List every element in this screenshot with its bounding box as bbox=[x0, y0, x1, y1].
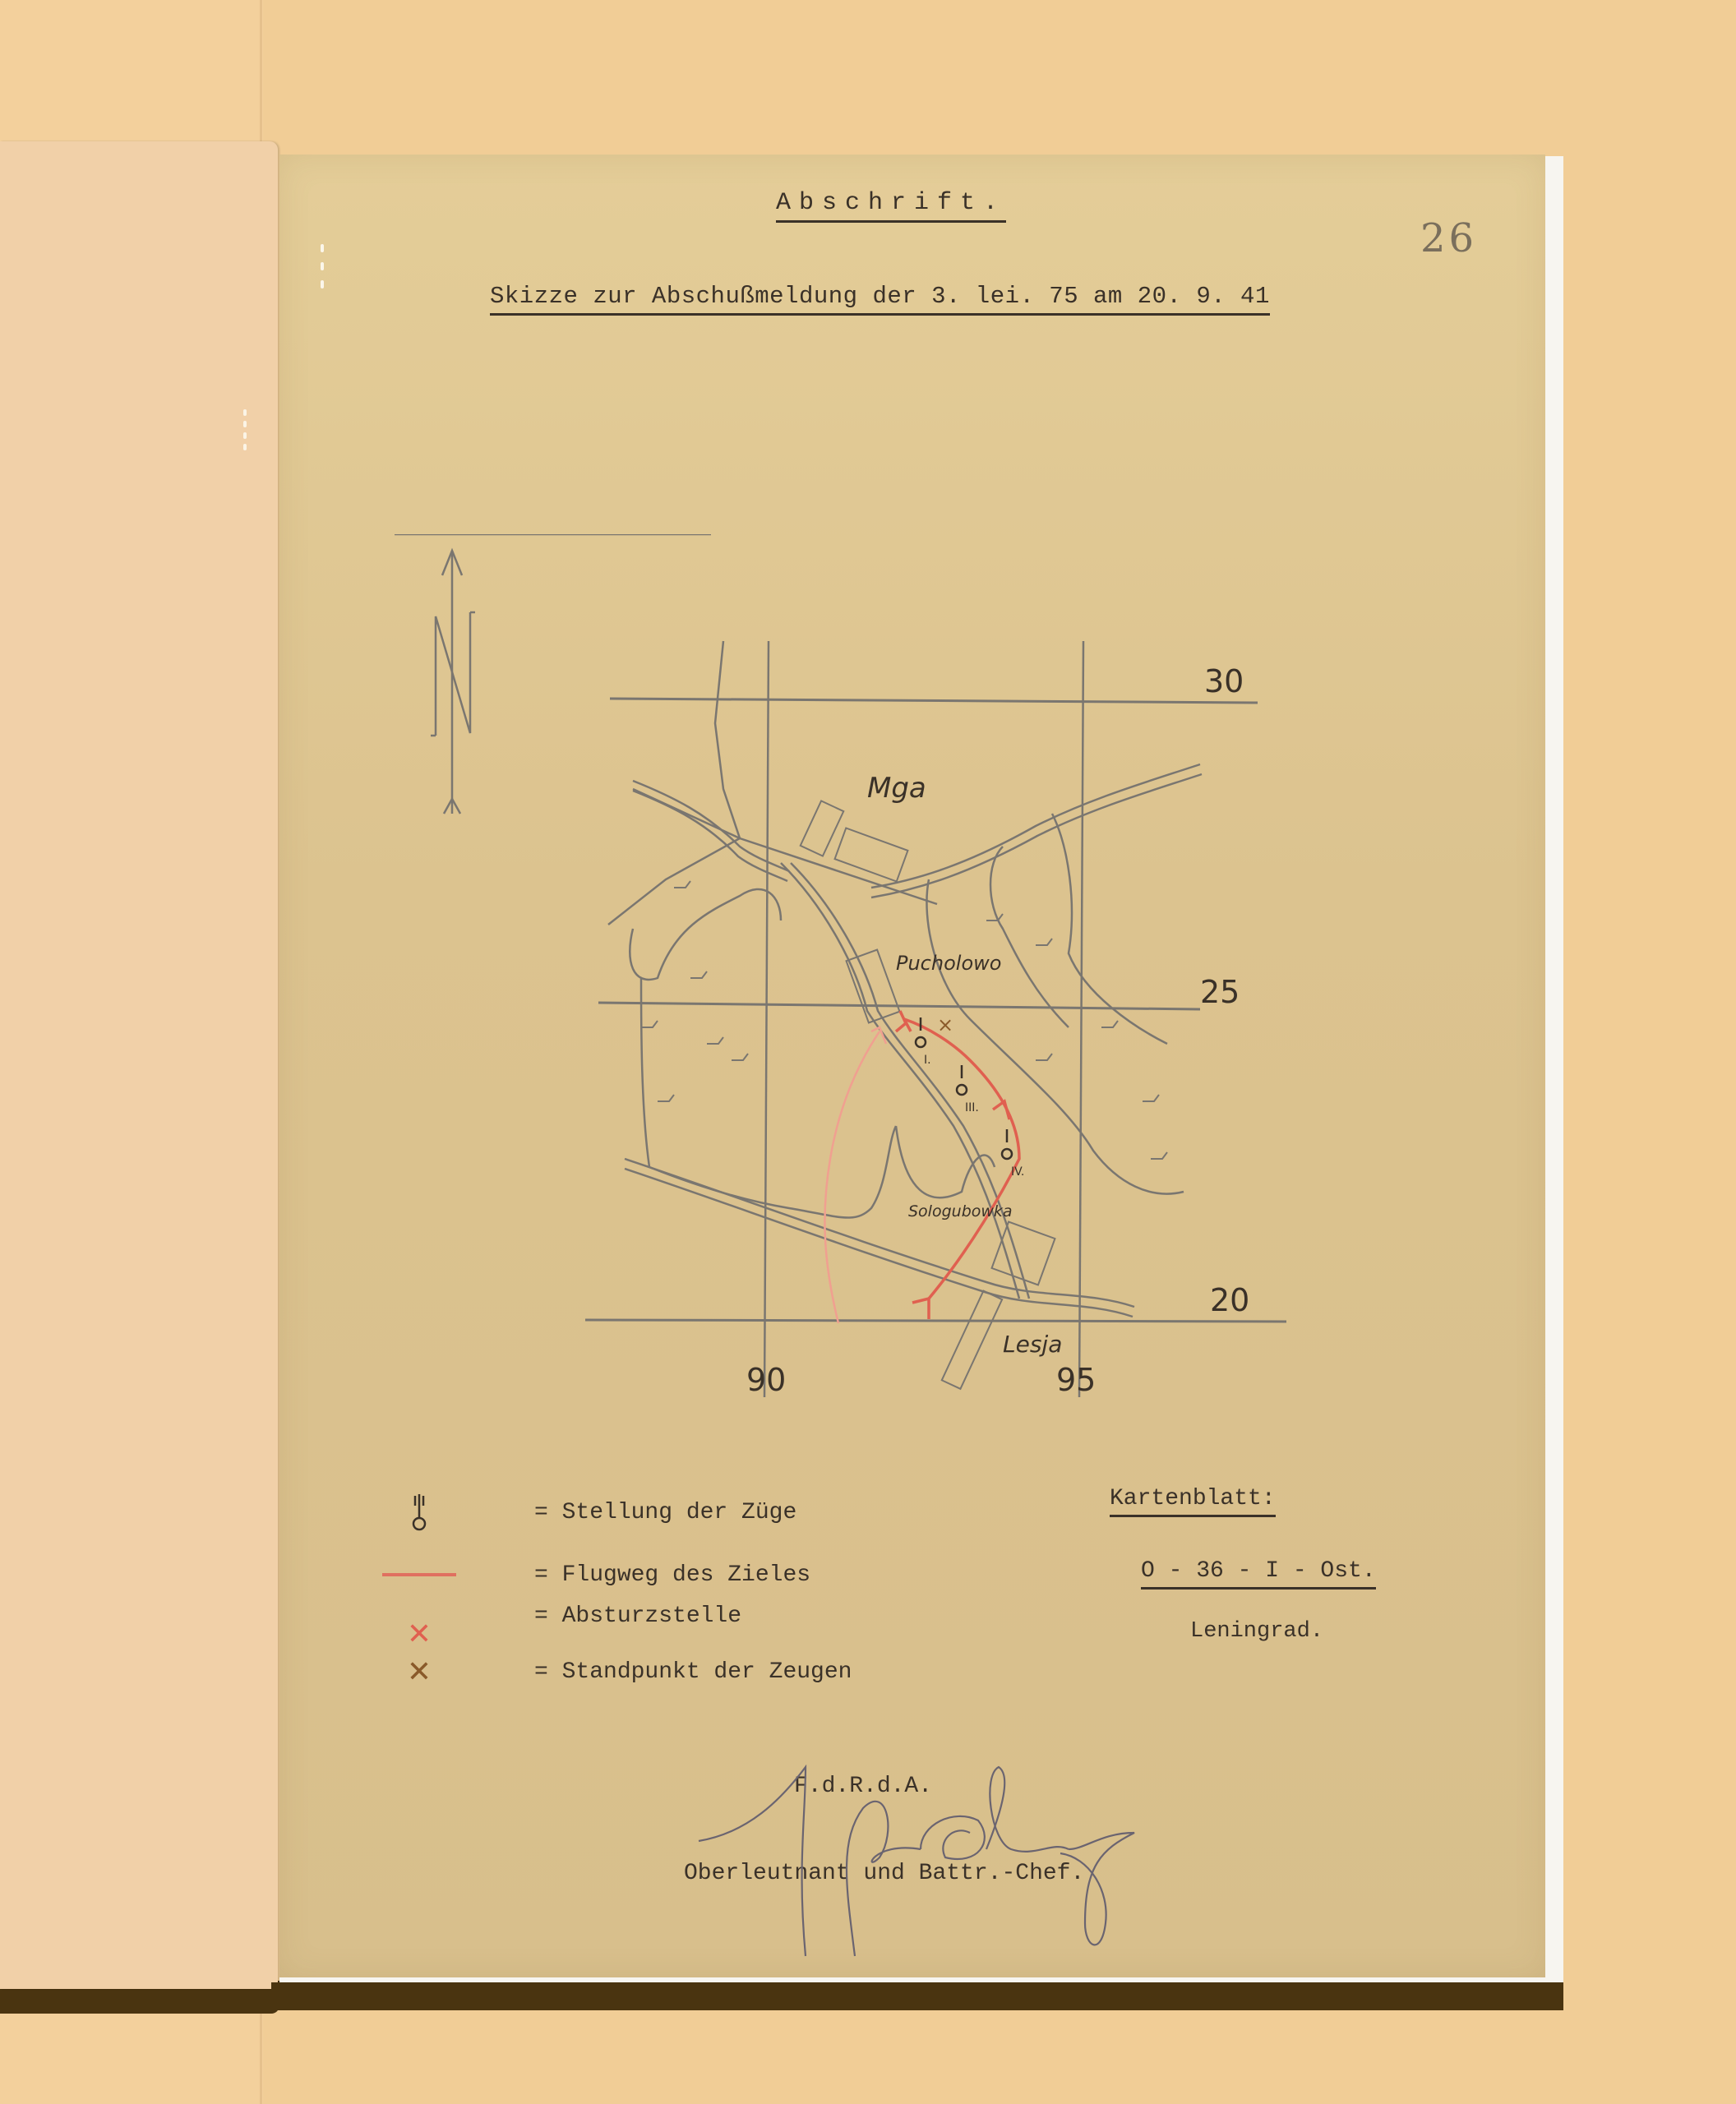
grid-label-90: 90 bbox=[746, 1362, 786, 1398]
document-title: Skizze zur Abschußmeldung der 3. lei. 75… bbox=[490, 283, 1270, 316]
brown-x-icon: ✕ bbox=[378, 1655, 460, 1689]
place-label-sologubowka: Sologubowka bbox=[908, 1202, 1013, 1220]
legend-item-crash-site: ✕ = Absturzstelle bbox=[378, 1599, 741, 1632]
legend-item-platoon-position: = Stellung der Züge bbox=[378, 1496, 796, 1529]
page-number: 26 bbox=[1420, 215, 1477, 261]
position-label: III. bbox=[965, 1101, 979, 1114]
witness-marker-icon: × bbox=[937, 1013, 953, 1036]
grid-label-25: 25 bbox=[1200, 974, 1240, 1010]
grid-label-20: 20 bbox=[1210, 1282, 1249, 1318]
position-label: I. bbox=[924, 1054, 931, 1067]
red-x-icon: ✕ bbox=[378, 1599, 460, 1633]
position-label: IV. bbox=[1011, 1165, 1024, 1179]
handwritten-signature bbox=[674, 1742, 1167, 1989]
document-header: Abschrift. bbox=[776, 189, 1006, 223]
map-sheet-label: Kartenblatt: bbox=[1110, 1486, 1276, 1517]
map-sheet-city: Leningrad. bbox=[1190, 1619, 1323, 1644]
map-sketch: I. III. IV. × Mga Pucholowo Sologubowka … bbox=[395, 534, 1332, 1438]
place-label-pucholowo: Pucholowo bbox=[896, 952, 1001, 975]
binding-holes bbox=[243, 404, 248, 470]
folder-cover-page bbox=[0, 141, 278, 1989]
red-line-icon bbox=[378, 1573, 460, 1576]
page-binding-holes bbox=[321, 234, 324, 298]
grid-label-95: 95 bbox=[1056, 1362, 1096, 1398]
legend-item-flight-path: = Flugweg des Zieles bbox=[378, 1558, 810, 1591]
place-label-lesja: Lesja bbox=[1003, 1331, 1062, 1358]
grid-label-30: 30 bbox=[1204, 663, 1244, 699]
map-legend: = Stellung der Züge = Flugweg des Zieles… bbox=[378, 1479, 953, 1693]
place-label-mga: Mga bbox=[867, 772, 926, 805]
platoon-position-markers bbox=[916, 1017, 1012, 1159]
legend-item-witness: ✕ = Standpunkt der Zeugen bbox=[378, 1655, 852, 1688]
map-sheet-id: O - 36 - I - Ost. bbox=[1141, 1558, 1376, 1590]
platoon-position-icon bbox=[378, 1491, 460, 1534]
north-arrow-icon bbox=[431, 551, 475, 814]
